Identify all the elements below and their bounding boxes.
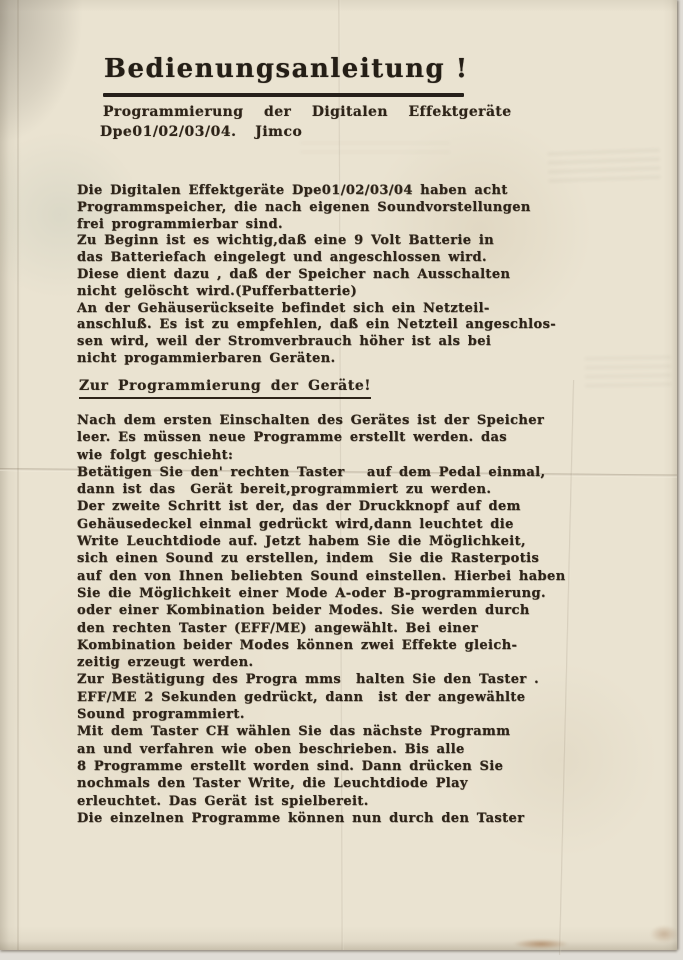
text-line: sen wird, weil der Stromverbrauch höher … [77,334,556,351]
vertical-left-edge-crease [17,0,19,950]
bleed-through-smudge [547,144,660,182]
scanned-page: Bedienungsanleitung ! Programmierung der… [0,0,677,950]
bleed-through-smudge [585,355,672,386]
text-line: Der zweite Schritt ist der, das der Druc… [77,498,566,515]
bleed-through-smudge [300,138,450,153]
text-line: nochmals den Taster Write, die Leuchtdio… [77,775,566,792]
text-line: zeitig erzeugt werden. [77,654,566,671]
text-line: frei programmierbar sind. [77,217,556,234]
text-line: Sie die Möglichkeit einer Mode A-oder B-… [77,585,566,602]
subtitle: Programmierung der Digitalen Effektgerät… [103,104,512,120]
text-line: nicht progammierbaren Geräten. [77,351,556,368]
text-line: dann ist das Gerät bereit,programmiert z… [77,481,566,498]
text-line: das Batteriefach eingelegt und angeschlo… [77,250,556,267]
text-line: Kombination beider Modes können zwei Eff… [77,637,566,654]
bottom-edge-stain [514,939,568,949]
text-line: Die Digitalen Effektgeräte Dpe01/02/03/0… [77,183,556,200]
text-line: auf den von Ihnen beliebten Sound einste… [77,568,566,585]
text-line: nicht gelöscht wird.(Pufferbatterie) [77,284,556,301]
page-title: Bedienungsanleitung ! [104,54,469,84]
text-line: Betätigen Sie den' rechten Taster auf de… [77,464,566,481]
scanner-background: Bedienungsanleitung ! Programmierung der… [0,0,683,960]
text-line: Die einzelnen Programme können nun durch… [77,810,566,827]
text-line: sich einen Sound zu erstellen, indem Sie… [77,550,566,567]
text-line: Write Leuchtdiode auf. Jetzt habem Sie d… [77,533,566,550]
text-line: Gehäusedeckel einmal gedrückt wird,dann … [77,516,566,533]
model-numbers-line: Dpe01/02/03/04. Jimco [100,124,302,140]
text-line: 8 Programme erstellt worden sind. Dann d… [77,758,566,775]
text-line: Programmspeicher, die nach eigenen Sound… [77,200,556,217]
right-edge-stain [650,925,678,943]
text-line: An der Gehäuserückseite befindet sich ei… [77,301,556,318]
text-line: anschluß. Es ist zu empfehlen, daß ein N… [77,317,556,334]
text-line: EFF/ME 2 Sekunden gedrückt, dann ist der… [77,689,566,706]
intro-paragraph: Die Digitalen Effektgeräte Dpe01/02/03/0… [77,183,556,368]
text-line: den rechten Taster (EFF/ME) angewählt. B… [77,620,566,637]
text-line: an und verfahren wie oben beschrieben. B… [77,741,566,758]
text-line: Zur Bestätigung des Progra mms halten Si… [77,671,566,688]
text-line: oder einer Kombination beider Modes. Sie… [77,602,566,619]
title-underline [103,93,464,97]
section-heading: Zur Programmierung der Geräte! [79,378,371,399]
text-line: Nach dem ersten Einschalten des Gerätes … [77,412,566,429]
text-line: erleuchtet. Das Gerät ist spielbereit. [77,793,566,810]
text-line: Zu Beginn ist es wichtig,daß eine 9 Volt… [77,233,556,250]
text-line: Mit dem Taster CH wählen Sie das nächste… [77,723,566,740]
text-line: leer. Es müssen neue Programme erstellt … [77,429,566,446]
text-line: wie folgt geschieht: [77,447,566,464]
text-line: Sound programmiert. [77,706,566,723]
text-line: Diese dient dazu , daß der Speicher nach… [77,267,556,284]
body-paragraph: Nach dem ersten Einschalten des Gerätes … [77,412,566,827]
